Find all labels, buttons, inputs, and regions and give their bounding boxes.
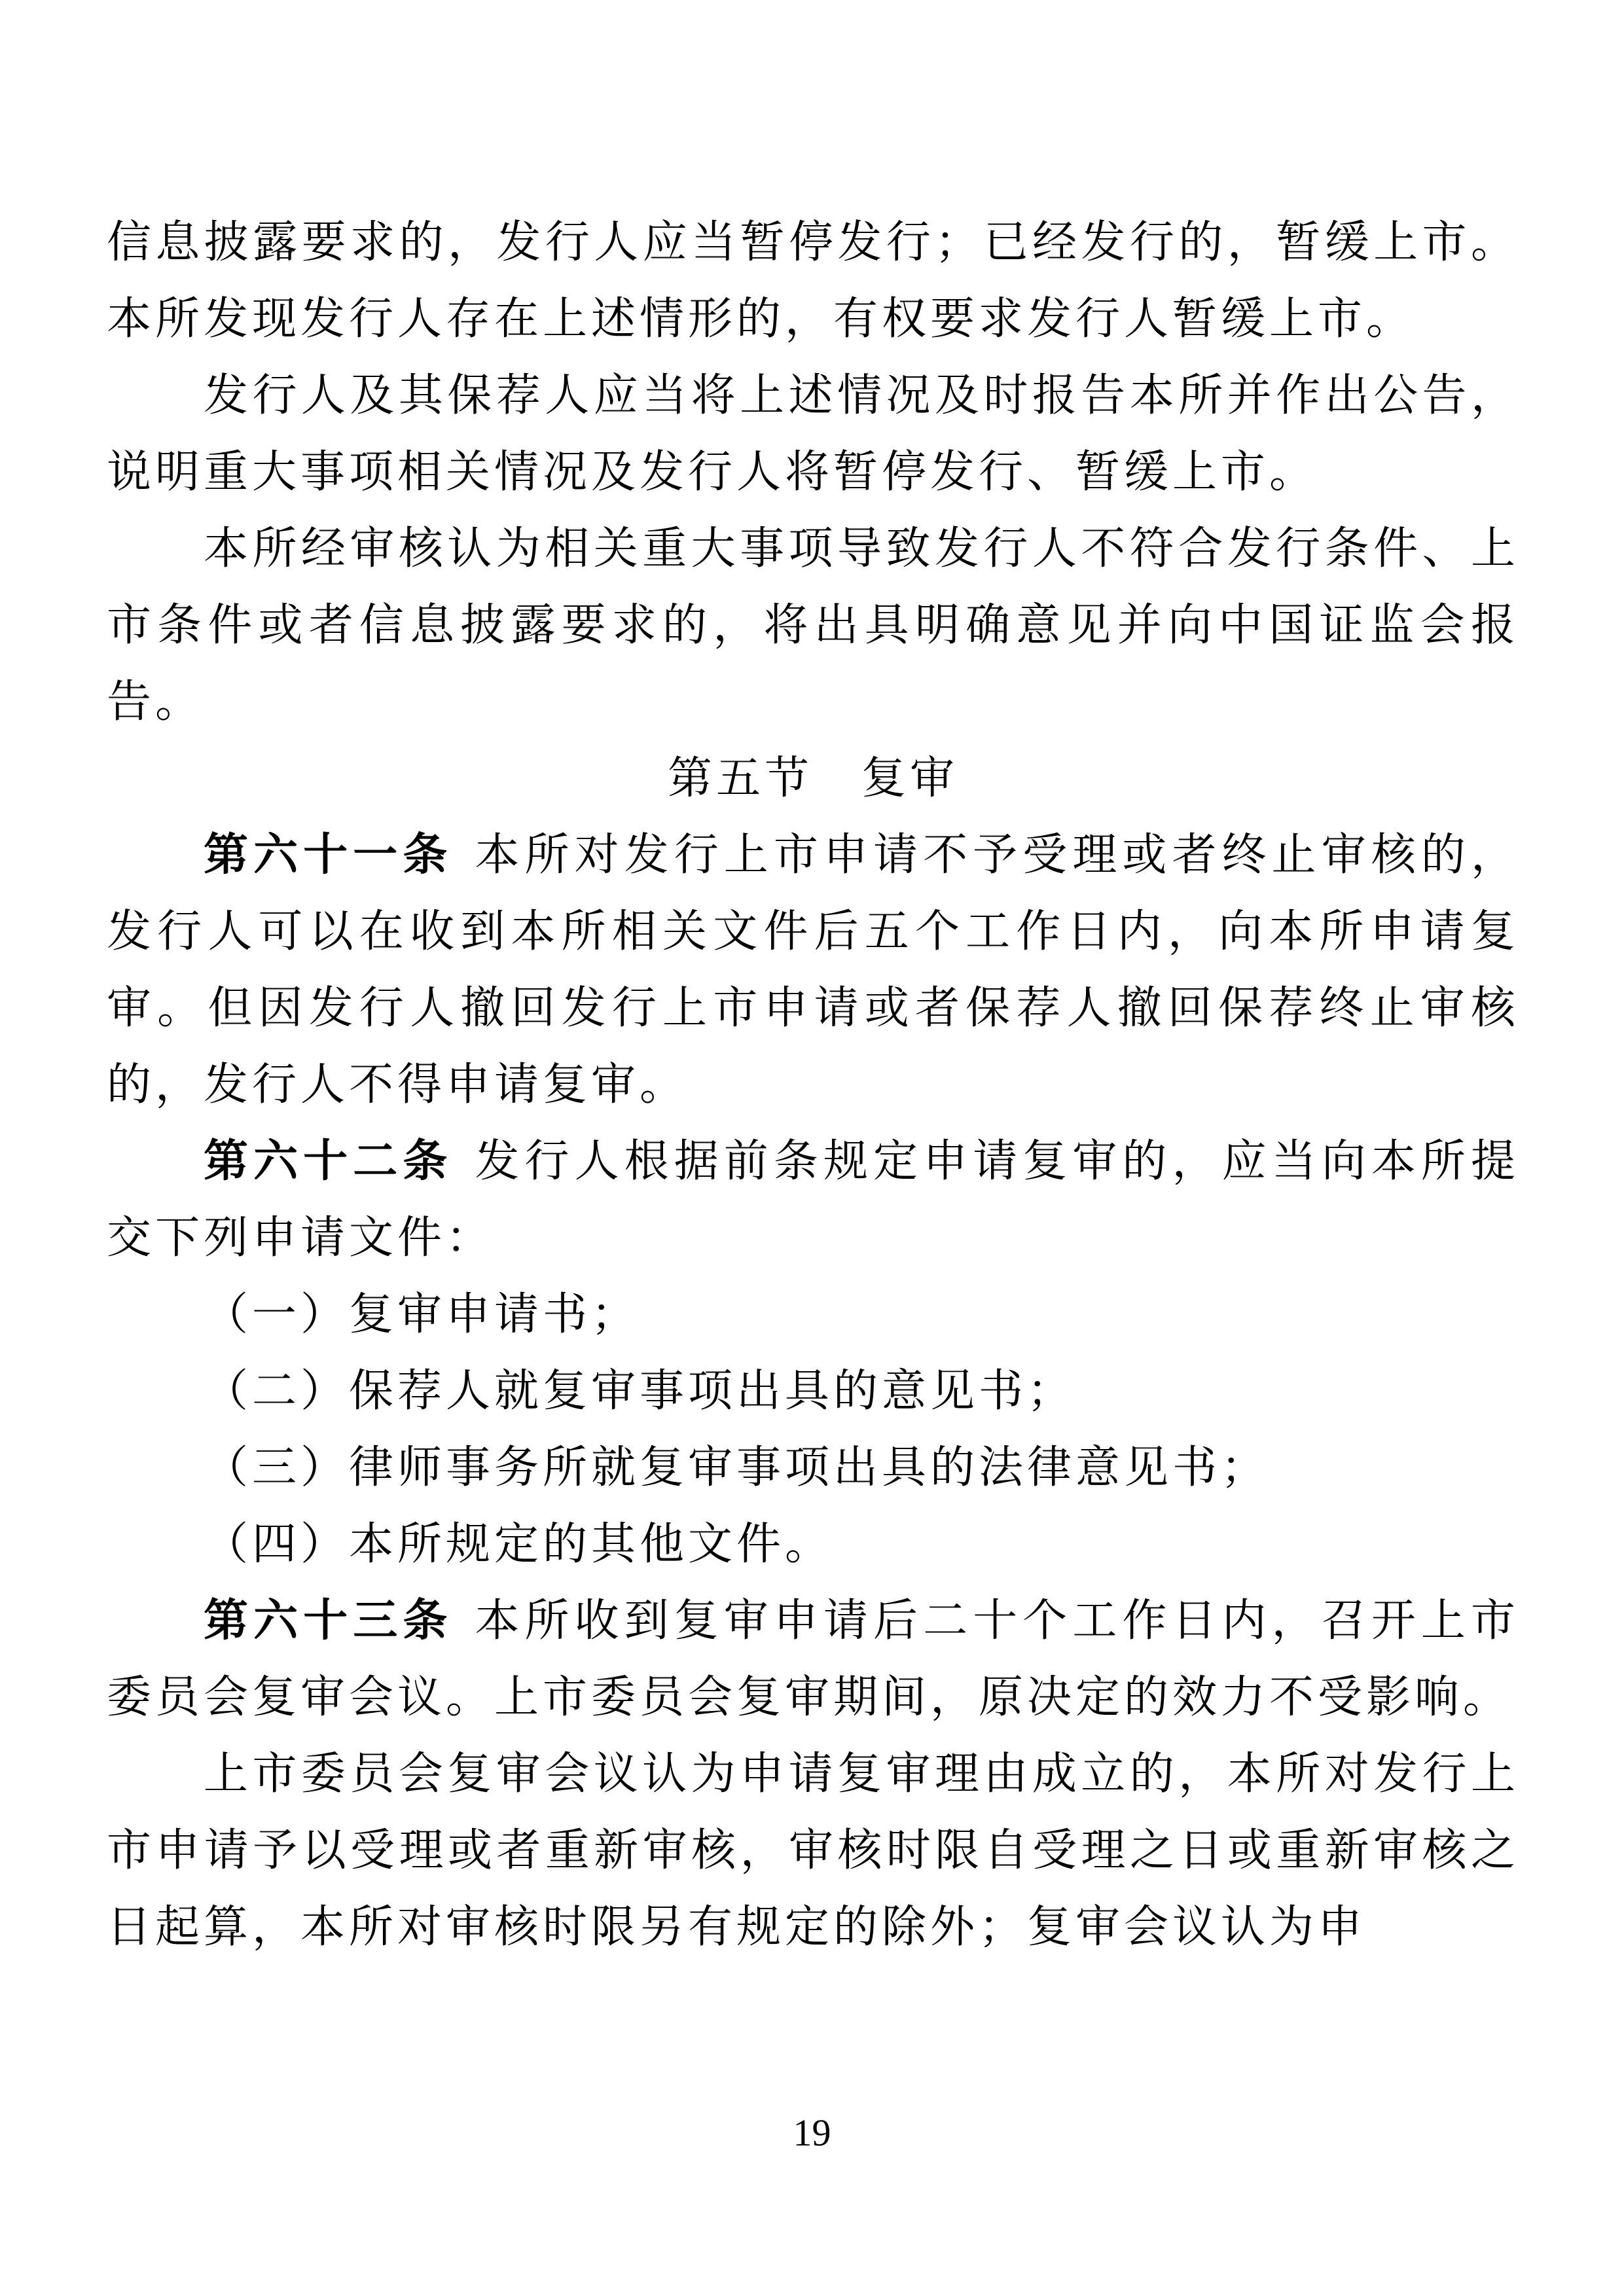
paragraph: 上市委员会复审会议认为申请复审理由成立的，本所对发行上市申请予以受理或者重新审核… xyxy=(107,1736,1519,1965)
paragraph: （一）复审申请书； xyxy=(107,1276,1519,1353)
paragraph: （二）保荐人就复审事项出具的意见书； xyxy=(107,1353,1519,1429)
paragraph: 本所经审核认为相关重大事项导致发行人不符合发行条件、上市条件或者信息披露要求的，… xyxy=(107,511,1519,740)
article-number: 第六十二条 xyxy=(204,1136,452,1186)
page-number: 19 xyxy=(0,2113,1624,2153)
paragraph: 第六十一条本所对发行上市申请不予受理或者终止审核的，发行人可以在收到本所相关文件… xyxy=(107,817,1519,1123)
paragraph: （三）律师事务所就复审事项出具的法律意见书； xyxy=(107,1429,1519,1506)
article-number: 第六十一条 xyxy=(204,830,452,880)
document-page: 信息披露要求的，发行人应当暂停发行；已经发行的，暂缓上市。本所发现发行人存在上述… xyxy=(0,0,1624,2296)
section-heading: 第五节 复审 xyxy=(107,740,1519,817)
paragraph: 第六十三条本所收到复审申请后二十个工作日内，召开上市委员会复审会议。上市委员会复… xyxy=(107,1583,1519,1736)
paragraph: 发行人及其保荐人应当将上述情况及时报告本所并作出公告，说明重大事项相关情况及发行… xyxy=(107,357,1519,511)
article-number: 第六十三条 xyxy=(204,1596,452,1645)
document-body: 信息披露要求的，发行人应当暂停发行；已经发行的，暂缓上市。本所发现发行人存在上述… xyxy=(107,204,1519,1965)
paragraph: （四）本所规定的其他文件。 xyxy=(107,1506,1519,1583)
paragraph: 信息披露要求的，发行人应当暂停发行；已经发行的，暂缓上市。本所发现发行人存在上述… xyxy=(107,204,1519,357)
paragraph: 第六十二条发行人根据前条规定申请复审的，应当向本所提交下列申请文件： xyxy=(107,1123,1519,1276)
